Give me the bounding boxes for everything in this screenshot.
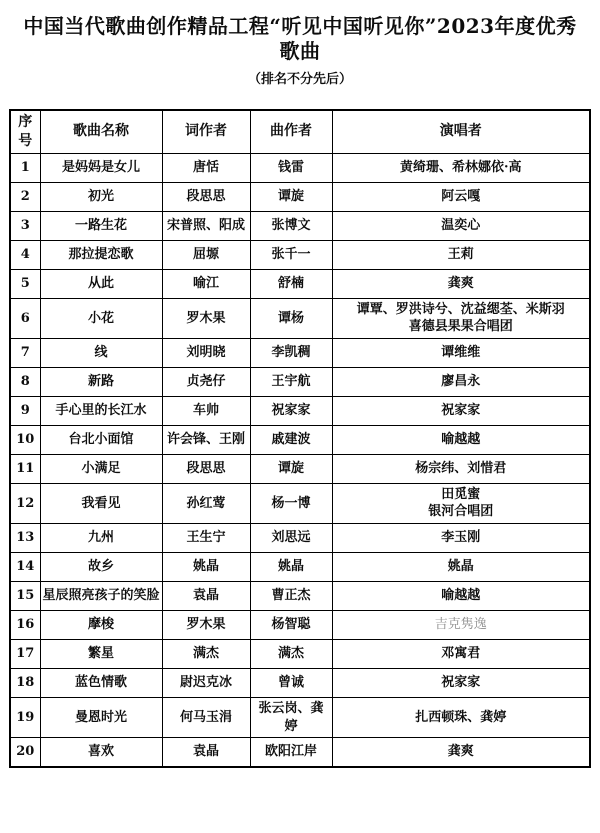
row-number: 6 [10,298,40,338]
song-name-cell: 线 [40,338,162,367]
header-singer: 演唱者 [332,110,590,153]
lyricist-cell: 贞尧仔 [162,367,250,396]
song-name-cell: 摩梭 [40,610,162,639]
row-number: 19 [10,697,40,737]
singer-line: 谭覃、罗洪诗兮、沈益缌荃、米斯羽 [335,301,588,319]
table-row: 10台北小面馆许会锋、王刚戚建波喻越越 [10,425,590,454]
row-number: 7 [10,338,40,367]
lyricist-cell: 段思思 [162,454,250,483]
lyricist-cell: 许会锋、王刚 [162,425,250,454]
singer-line: 谭维维 [335,344,588,362]
singer-line: 扎西顿珠、龚婷 [335,709,588,727]
singers-cell: 邓寓君 [332,639,590,668]
lyricist-cell: 罗木果 [162,298,250,338]
song-name-cell: 曼恩时光 [40,697,162,737]
row-number: 4 [10,240,40,269]
composer-cell: 曾诚 [250,668,332,697]
lyricist-cell: 尉迟克冰 [162,668,250,697]
table-header: 序号 歌曲名称 词作者 曲作者 演唱者 [10,110,590,153]
singers-cell: 扎西顿珠、龚婷 [332,697,590,737]
song-name-cell: 小花 [40,298,162,338]
composer-cell: 张千一 [250,240,332,269]
singer-line: 吉克隽逸 [335,616,588,634]
table-row: 13九州王生宁刘思远李玉刚 [10,523,590,552]
composer-cell: 杨智聪 [250,610,332,639]
lyricist-cell: 罗木果 [162,610,250,639]
composer-cell: 曹正杰 [250,581,332,610]
singer-line: 阿云嘎 [335,188,588,206]
table-row: 20喜欢袁晶欧阳江岸龚爽 [10,738,590,767]
song-name-cell: 我看见 [40,483,162,523]
composer-cell: 满杰 [250,639,332,668]
song-name-cell: 那拉提恋歌 [40,240,162,269]
composer-cell: 张云岗、龚婷 [250,697,332,737]
composer-cell: 刘思远 [250,523,332,552]
singer-line: 喜德县果果合唱团 [335,318,588,336]
song-name-cell: 小满足 [40,454,162,483]
table-row: 15星辰照亮孩子的笑脸袁晶曹正杰喻越越 [10,581,590,610]
composer-cell: 谭旋 [250,454,332,483]
table-row: 18蓝色情歌尉迟克冰曾诚祝家家 [10,668,590,697]
table-row: 9手心里的长江水车帅祝家家祝家家 [10,396,590,425]
song-name-cell: 台北小面馆 [40,425,162,454]
header-composer: 曲作者 [250,110,332,153]
composer-cell: 谭旋 [250,182,332,211]
lyricist-cell: 宋普照、阳成 [162,211,250,240]
composer-cell: 钱雷 [250,153,332,182]
composer-cell: 谭杨 [250,298,332,338]
lyricist-cell: 姚晶 [162,552,250,581]
composer-cell: 李凯稠 [250,338,332,367]
singer-line: 姚晶 [335,558,588,576]
row-number: 2 [10,182,40,211]
singers-cell: 喻越越 [332,581,590,610]
song-name-cell: 蓝色情歌 [40,668,162,697]
song-name-cell: 故乡 [40,552,162,581]
singers-cell: 龚爽 [332,269,590,298]
row-number: 12 [10,483,40,523]
row-number: 20 [10,738,40,767]
table-row: 8新路贞尧仔王宇航廖昌永 [10,367,590,396]
row-number: 3 [10,211,40,240]
row-number: 9 [10,396,40,425]
song-name-cell: 新路 [40,367,162,396]
singers-cell: 谭维维 [332,338,590,367]
song-name-cell: 繁星 [40,639,162,668]
lyricist-cell: 袁晶 [162,738,250,767]
singers-cell: 廖昌永 [332,367,590,396]
singer-line: 廖昌永 [335,373,588,391]
composer-cell: 姚晶 [250,552,332,581]
lyricist-cell: 王生宁 [162,523,250,552]
table-row: 5从此喻江舒楠龚爽 [10,269,590,298]
document-page: 中国当代歌曲创作精品工程“听见中国听见你”2023年度优秀歌曲 （排名不分先后）… [0,0,600,833]
table-body: 1是妈妈是女儿唐恬钱雷黄绮珊、希林娜依·高2初光段思思谭旋阿云嘎3一路生花宋普照… [10,153,590,766]
singers-cell: 谭覃、罗洪诗兮、沈益缌荃、米斯羽喜德县果果合唱团 [332,298,590,338]
singer-line: 祝家家 [335,674,588,692]
singers-cell: 喻越越 [332,425,590,454]
singers-cell: 黄绮珊、希林娜依·高 [332,153,590,182]
singers-cell: 温奕心 [332,211,590,240]
lyricist-cell: 车帅 [162,396,250,425]
lyricist-cell: 屈塬 [162,240,250,269]
composer-cell: 欧阳江岸 [250,738,332,767]
page-title: 中国当代歌曲创作精品工程“听见中国听见你”2023年度优秀歌曲 [14,14,586,64]
lyricist-cell: 刘明晓 [162,338,250,367]
table-row: 19曼恩时光何马玉涓张云岗、龚婷扎西顿珠、龚婷 [10,697,590,737]
table-header-row: 序号 歌曲名称 词作者 曲作者 演唱者 [10,110,590,153]
singer-line: 祝家家 [335,402,588,420]
page-subtitle: （排名不分先后） [0,68,600,87]
row-number: 14 [10,552,40,581]
row-number: 18 [10,668,40,697]
table-row: 4那拉提恋歌屈塬张千一王莉 [10,240,590,269]
singer-line: 邓寓君 [335,645,588,663]
row-number: 10 [10,425,40,454]
singers-cell: 祝家家 [332,396,590,425]
row-number: 15 [10,581,40,610]
singers-cell: 吉克隽逸 [332,610,590,639]
composer-cell: 祝家家 [250,396,332,425]
singers-cell: 田觅蜜银河合唱团 [332,483,590,523]
row-number: 5 [10,269,40,298]
table-row: 17繁星满杰满杰邓寓君 [10,639,590,668]
singers-cell: 王莉 [332,240,590,269]
table-row: 6小花罗木果谭杨谭覃、罗洪诗兮、沈益缌荃、米斯羽喜德县果果合唱团 [10,298,590,338]
header-song: 歌曲名称 [40,110,162,153]
composer-cell: 张博文 [250,211,332,240]
song-name-cell: 一路生花 [40,211,162,240]
singers-cell: 祝家家 [332,668,590,697]
singer-line: 银河合唱团 [335,503,588,521]
singers-cell: 李玉刚 [332,523,590,552]
singer-line: 杨宗纬、刘惜君 [335,460,588,478]
singer-line: 喻越越 [335,587,588,605]
singer-line: 龚爽 [335,743,588,761]
singers-cell: 龚爽 [332,738,590,767]
table-row: 7线刘明晓李凯稠谭维维 [10,338,590,367]
song-name-cell: 九州 [40,523,162,552]
composer-cell: 杨一博 [250,483,332,523]
song-name-cell: 喜欢 [40,738,162,767]
table-row: 11小满足段思思谭旋杨宗纬、刘惜君 [10,454,590,483]
header-lyricist: 词作者 [162,110,250,153]
singers-cell: 姚晶 [332,552,590,581]
singer-line: 喻越越 [335,431,588,449]
composer-cell: 舒楠 [250,269,332,298]
singers-cell: 阿云嘎 [332,182,590,211]
table-row: 16摩梭罗木果杨智聪吉克隽逸 [10,610,590,639]
singer-line: 王莉 [335,246,588,264]
singer-line: 温奕心 [335,217,588,235]
lyricist-cell: 何马玉涓 [162,697,250,737]
singer-line: 李玉刚 [335,529,588,547]
row-number: 8 [10,367,40,396]
lyricist-cell: 唐恬 [162,153,250,182]
lyricist-cell: 段思思 [162,182,250,211]
row-number: 11 [10,454,40,483]
row-number: 1 [10,153,40,182]
lyricist-cell: 满杰 [162,639,250,668]
header-index: 序号 [10,110,40,153]
lyricist-cell: 喻江 [162,269,250,298]
lyricist-cell: 孙红莺 [162,483,250,523]
row-number: 16 [10,610,40,639]
singer-line: 黄绮珊、希林娜依·高 [335,159,588,177]
singer-line: 龚爽 [335,275,588,293]
table-row: 14故乡姚晶姚晶姚晶 [10,552,590,581]
composer-cell: 戚建波 [250,425,332,454]
table-row: 12我看见孙红莺杨一博田觅蜜银河合唱团 [10,483,590,523]
composer-cell: 王宇航 [250,367,332,396]
song-list-table: 序号 歌曲名称 词作者 曲作者 演唱者 1是妈妈是女儿唐恬钱雷黄绮珊、希林娜依·… [9,109,591,768]
lyricist-cell: 袁晶 [162,581,250,610]
song-name-cell: 星辰照亮孩子的笑脸 [40,581,162,610]
row-number: 13 [10,523,40,552]
singer-line: 田觅蜜 [335,486,588,504]
song-name-cell: 是妈妈是女儿 [40,153,162,182]
table-row: 3一路生花宋普照、阳成张博文温奕心 [10,211,590,240]
table-row: 2初光段思思谭旋阿云嘎 [10,182,590,211]
song-name-cell: 手心里的长江水 [40,396,162,425]
song-name-cell: 从此 [40,269,162,298]
singers-cell: 杨宗纬、刘惜君 [332,454,590,483]
table-row: 1是妈妈是女儿唐恬钱雷黄绮珊、希林娜依·高 [10,153,590,182]
row-number: 17 [10,639,40,668]
song-name-cell: 初光 [40,182,162,211]
